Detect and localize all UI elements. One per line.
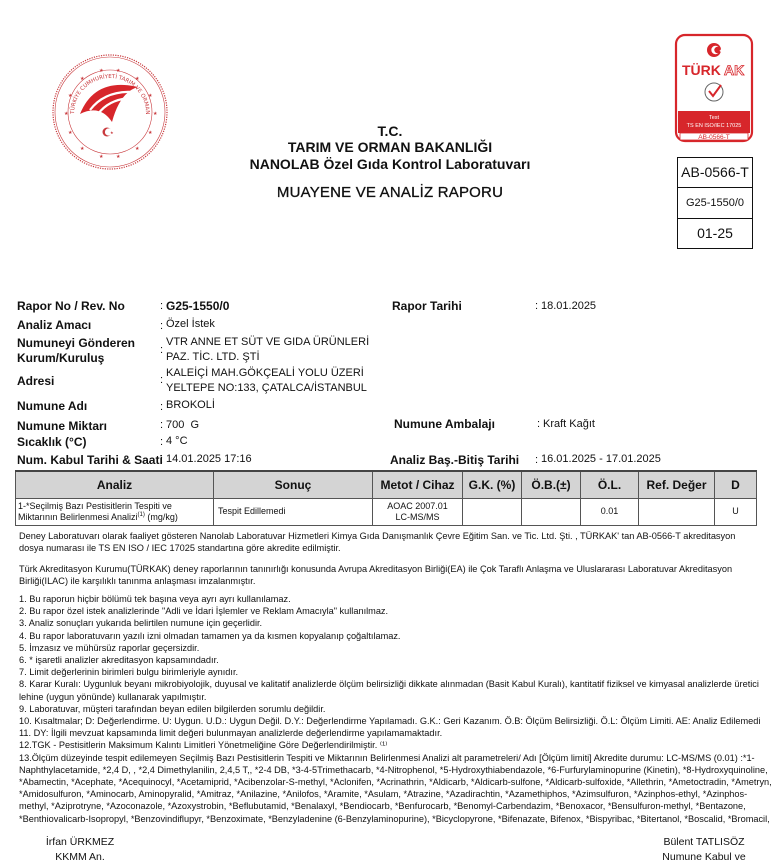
svg-text:★: ★ xyxy=(719,48,723,53)
analysis-period-value: 16.01.2025 - 17.01.2025 xyxy=(541,453,661,465)
signature-right: Bülent TATLISÖZ Numune Kabul ve xyxy=(650,836,758,863)
report-title: MUAYENE VE ANALİZ RAPORU xyxy=(200,184,580,201)
results-table: Analiz Sonuç Metot / Cihaz G.K. (%) Ö.B.… xyxy=(15,470,757,526)
report-date-value: 18.01.2025 xyxy=(541,300,596,312)
colon: : xyxy=(537,418,540,430)
sender-label-1: Numuneyi Gönderen xyxy=(17,336,135,350)
col-header-sonuc: Sonuç xyxy=(214,471,373,498)
svg-text:AB-0566-T: AB-0566-T xyxy=(698,134,729,141)
temperature-label: Sıcaklık (°C) xyxy=(17,435,87,449)
svg-text:TS EN ISO/IEC 17025: TS EN ISO/IEC 17025 xyxy=(687,123,742,129)
svg-text:★: ★ xyxy=(80,76,85,82)
note-item: *Abamectin, *Acephate, *Acequinocyl, *Ac… xyxy=(19,776,761,788)
accreditation-paragraph: Deney Laboratuvarı olarak faaliyet göste… xyxy=(19,530,761,554)
table-header-row: Analiz Sonuç Metot / Cihaz G.K. (%) Ö.B.… xyxy=(16,471,757,498)
received-value: 14.01.2025 17:16 xyxy=(166,453,252,465)
sample-name-label: Numune Adı xyxy=(17,399,87,413)
note-item: 2. Bu rapor özel istek analizlerinde "Ad… xyxy=(19,605,761,617)
table-row: 1-*Seçilmiş Bazı Pestisitlerin Tespiti v… xyxy=(16,498,757,525)
svg-text:★: ★ xyxy=(99,68,104,74)
svg-text:★: ★ xyxy=(135,76,140,82)
colon: : xyxy=(160,320,163,332)
cell-ob xyxy=(522,498,581,525)
note-item: 1. Bu raporun hiçbir bölümü tek başına v… xyxy=(19,593,761,605)
svg-text:★: ★ xyxy=(135,146,140,152)
address-value-1: KALEİÇİ MAH.GÖKÇEALİ YOLU ÜZERİ xyxy=(166,367,364,379)
cell-metot: AOAC 2007.01 LC-MS/MS xyxy=(373,498,463,525)
cell-d: U xyxy=(715,498,757,525)
svg-text:AK: AK xyxy=(724,62,744,78)
cell-ref xyxy=(639,498,715,525)
svg-text:★: ★ xyxy=(116,68,121,74)
col-header-ob: Ö.B.(±) xyxy=(522,471,581,498)
sender-value-1: VTR ANNE ET SÜT VE GIDA ÜRÜNLERİ xyxy=(166,336,369,348)
note-item: 10. Kısaltmalar; D: Değerlendirme. U: Uy… xyxy=(19,715,761,727)
svg-text:★: ★ xyxy=(148,93,153,99)
note-item: 11. DY: İlgili mevzuat kapsamında limit … xyxy=(19,727,761,739)
svg-text:★: ★ xyxy=(68,130,73,136)
colon: : xyxy=(160,454,163,466)
cell-sonuc: Tespit Edillemedi xyxy=(214,498,373,525)
note-item: 8. Karar Kuralı: Uygunluk beyanı mikrobi… xyxy=(19,678,761,690)
svg-text:★: ★ xyxy=(148,130,153,136)
header-lab-name: NANOLAB Özel Gıda Kontrol Laboratuvarı xyxy=(200,156,580,172)
header-tc: T.C. xyxy=(200,123,580,139)
svg-text:★: ★ xyxy=(110,130,114,135)
turkak-paragraph: Türk Akreditasyon Kurumu(TÜRKAK) deney r… xyxy=(19,563,761,587)
form-no-box: 01-25 xyxy=(677,218,753,249)
temperature-value: 4 °C xyxy=(166,435,188,447)
svg-text:★: ★ xyxy=(68,93,73,99)
colon: : xyxy=(535,454,538,466)
accreditation-no-box: AB-0566-T xyxy=(677,157,753,188)
note-item: 12.TGK - Pestisitlerin Maksimum Kalıntı … xyxy=(19,739,761,751)
note-item: 6. * işaretli analizler akreditasyon kap… xyxy=(19,654,761,666)
col-header-metot: Metot / Cihaz xyxy=(373,471,463,498)
col-header-ol: Ö.L. xyxy=(581,471,639,498)
ministry-seal-logo: ★★ ★★ ★★ ★★ ★★ ★★ ★★ TÜRKİYE CUMHURİYETİ… xyxy=(50,52,170,172)
header-ministry: TARIM VE ORMAN BAKANLIĞI xyxy=(200,139,580,155)
col-header-ref: Ref. Değer xyxy=(639,471,715,498)
note-item: *Benthiovalicarb-Isopropyl, *Benzovindif… xyxy=(19,813,761,825)
signature-left-title: KKMM An. xyxy=(30,851,130,863)
note-item: 9. Laboratuvar, müşteri tarafından beyan… xyxy=(19,703,761,715)
svg-text:★: ★ xyxy=(80,146,85,152)
report-no-label: Rapor No / Rev. No xyxy=(17,299,125,313)
note-item: 5. İmzasız ve mühürsüz raporlar geçersiz… xyxy=(19,642,761,654)
col-header-gk: G.K. (%) xyxy=(463,471,522,498)
sample-qty-value: 700 G xyxy=(166,419,199,431)
colon: : xyxy=(160,300,163,312)
note-item: 7. Limit değerlerinin birimleri bulgu bi… xyxy=(19,666,761,678)
svg-text:★: ★ xyxy=(99,154,104,160)
received-label: Num. Kabul Tarihi & Saati xyxy=(17,453,163,467)
packaging-label: Numune Ambalajı xyxy=(394,417,495,431)
report-no-box: G25-1550/0 xyxy=(677,187,753,219)
notes-list: 1. Bu raporun hiçbir bölümü tek başına v… xyxy=(19,593,761,825)
turkak-accreditation-icon: ★ TÜRK AK Test TS EN ISO/IEC 17025 AB-05… xyxy=(674,33,754,145)
note-item: *Amidosulfuron, *Aminocarb, Aminopyralid… xyxy=(19,788,761,800)
svg-text:Test: Test xyxy=(709,115,720,121)
col-header-analiz: Analiz xyxy=(16,471,214,498)
svg-text:★: ★ xyxy=(64,111,69,117)
colon: : xyxy=(535,300,538,312)
svg-text:★: ★ xyxy=(116,154,121,160)
address-value-2: YELTEPE NO:133, ÇATALCA/İSTANBUL xyxy=(166,382,367,394)
colon: : xyxy=(160,401,163,413)
signature-right-title: Numune Kabul ve xyxy=(650,851,758,863)
signature-left: İrfan ÜRKMEZ KKMM An. xyxy=(30,836,130,863)
sample-qty-label: Numune Miktarı xyxy=(17,419,107,433)
note-item: Naphthylacetamide, *2,4 D, , *2,4 Dimeth… xyxy=(19,764,761,776)
purpose-value: Özel İstek xyxy=(166,318,215,330)
sender-label-2: Kurum/Kuruluş xyxy=(17,351,104,365)
note-item: 13.Ölçüm düzeyinde tespit edilemeyen Seç… xyxy=(19,752,761,764)
signature-left-name: İrfan ÜRKMEZ xyxy=(30,836,130,848)
colon: : xyxy=(160,419,163,431)
note-item: lehine (uygun yönünde) kullanarak yapılm… xyxy=(19,691,761,703)
analysis-period-label: Analiz Baş.-Bitiş Tarihi xyxy=(390,453,519,467)
note-item: 4. Bu rapor laboratuvarın yazılı izni ol… xyxy=(19,630,761,642)
colon: : xyxy=(160,344,163,356)
colon: : xyxy=(160,436,163,448)
turkak-logo: ★ TÜRK AK Test TS EN ISO/IEC 17025 AB-05… xyxy=(674,33,754,145)
sample-name-value: BROKOLİ xyxy=(166,399,215,411)
cell-analiz: 1-*Seçilmiş Bazı Pestisitlerin Tespiti v… xyxy=(16,498,214,525)
colon: : xyxy=(160,374,163,386)
report-date-label: Rapor Tarihi xyxy=(392,299,462,313)
signature-right-name: Bülent TATLISÖZ xyxy=(650,836,758,848)
cell-gk xyxy=(463,498,522,525)
purpose-label: Analiz Amacı xyxy=(17,318,91,332)
svg-text:TÜRK: TÜRK xyxy=(682,62,721,78)
report-no-value: G25-1550/0 xyxy=(166,299,229,313)
note-item: 3. Analiz sonuçları yukarıda belirtilen … xyxy=(19,617,761,629)
ministry-seal-icon: ★★ ★★ ★★ ★★ ★★ ★★ ★★ TÜRKİYE CUMHURİYETİ… xyxy=(50,52,170,172)
svg-text:★: ★ xyxy=(153,111,158,117)
cell-ol: 0.01 xyxy=(581,498,639,525)
col-header-d: D xyxy=(715,471,757,498)
address-label: Adresi xyxy=(17,374,54,388)
note-item: methyl, *Aziprotryne, *Azoconazole, *Azo… xyxy=(19,800,761,812)
packaging-value: Kraft Kağıt xyxy=(543,418,595,430)
sender-value-2: PAZ. TİC. LTD. ŞTİ xyxy=(166,351,260,363)
